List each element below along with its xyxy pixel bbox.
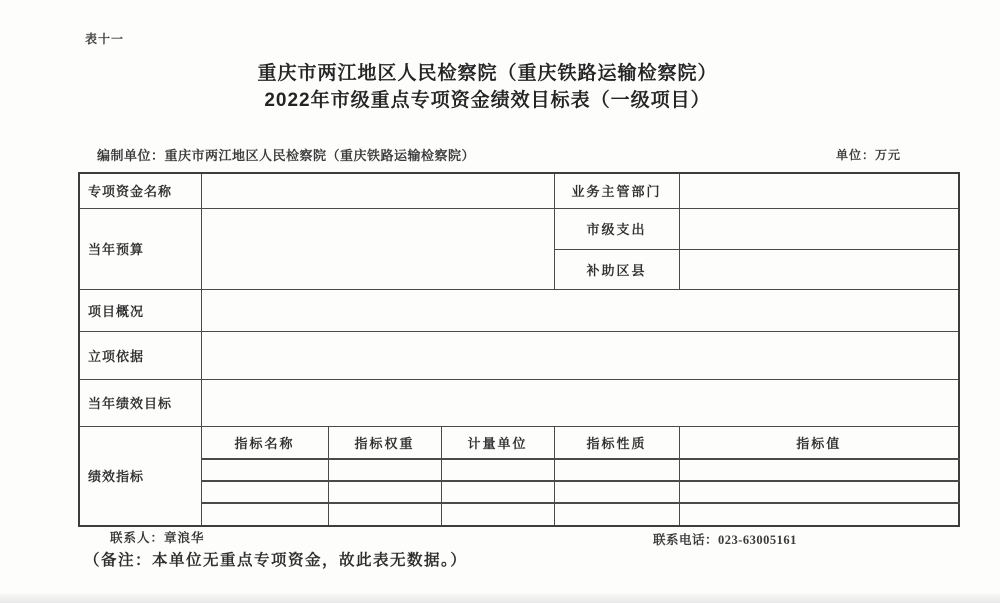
subheader-row: 编制单位：重庆市两江地区人民检察院（重庆铁路运输检察院） 单位：万元 [0, 145, 1000, 163]
indicator-cell [441, 503, 554, 526]
performance-target-value-cell [201, 379, 959, 426]
project-basis-value-cell [201, 331, 959, 379]
indicator-cell [201, 503, 328, 526]
indicator-header-weight: 指标权重 [328, 426, 441, 459]
special-fund-name-value-cell [201, 173, 554, 208]
indicator-cell [328, 459, 441, 481]
indicator-cell [201, 459, 328, 481]
prepared-by-label: 编制单位：重庆市两江地区人民检察院（重庆铁路运输检察院） [97, 145, 475, 164]
current-year-budget-label-cell: 当年预算 [79, 208, 201, 289]
indicator-header-unit: 计量单位 [441, 426, 554, 459]
current-year-budget-value-cell [201, 208, 554, 289]
indicator-header-name: 指标名称 [201, 426, 328, 459]
subsidized-districts-value-cell [679, 249, 959, 289]
performance-target-form-table: 专项资金名称 业务主管部门 当年预算 市级支出 补助区县 项目概况 立项依据 [78, 172, 960, 527]
business-department-label-cell: 业务主管部门 [554, 173, 679, 208]
special-fund-name-label-cell: 专项资金名称 [79, 173, 201, 208]
indicator-cell [554, 481, 679, 503]
indicator-cell [679, 481, 959, 503]
indicator-cell [441, 459, 554, 481]
indicator-row [79, 481, 959, 503]
indicator-cell [201, 481, 328, 503]
indicator-cell [554, 459, 679, 481]
indicator-cell [328, 503, 441, 526]
indicator-header-row: 绩效指标 指标名称 指标权重 计量单位 指标性质 指标值 [79, 426, 959, 459]
table-row: 当年绩效目标 [79, 379, 959, 426]
title-line-2: 2022年市级重点专项资金绩效目标表（一级项目） [0, 87, 975, 114]
indicator-header-value: 指标值 [679, 426, 959, 459]
business-department-value-cell [679, 173, 959, 208]
document-title: 重庆市两江地区人民检察院（重庆铁路运输检察院） 2022年市级重点专项资金绩效目… [0, 60, 975, 114]
project-overview-label-cell: 项目概况 [79, 289, 201, 331]
indicator-cell [554, 503, 679, 526]
title-line-1: 重庆市两江地区人民检察院（重庆铁路运输检察院） [0, 60, 975, 87]
municipal-expenditure-label-cell: 市级支出 [554, 208, 679, 249]
scanned-document-page: 表十一 重庆市两江地区人民检察院（重庆铁路运输检察院） 2022年市级重点专项资… [0, 0, 1000, 603]
remark-note: （备注：本单位无重点专项资金，故此表无数据。） [84, 548, 467, 570]
contact-person-label: 联系人：章浪华 [110, 528, 205, 546]
performance-target-label-cell: 当年绩效目标 [79, 379, 201, 426]
unit-label: 单位：万元 [836, 146, 901, 163]
table-row: 项目概况 [79, 289, 959, 331]
municipal-expenditure-value-cell [679, 208, 959, 249]
indicator-cell [328, 481, 441, 503]
subsidized-districts-label-cell: 补助区县 [554, 249, 679, 289]
table-number-label: 表十一 [85, 30, 124, 47]
indicator-cell [441, 481, 554, 503]
indicator-header-nature: 指标性质 [554, 426, 679, 459]
project-basis-label-cell: 立项依据 [79, 331, 201, 379]
indicator-row [79, 503, 959, 526]
indicator-cell [679, 503, 959, 526]
indicator-row [79, 459, 959, 481]
contact-phone-label: 联系电话：023-63005161 [653, 530, 797, 548]
table-row: 当年预算 市级支出 [79, 208, 959, 249]
scan-edge-shadow [0, 594, 1000, 603]
table-row: 专项资金名称 业务主管部门 [79, 173, 959, 208]
project-overview-value-cell [201, 289, 959, 331]
table-row: 立项依据 [79, 331, 959, 379]
indicator-cell [679, 459, 959, 481]
performance-indicators-label-cell: 绩效指标 [79, 426, 201, 526]
